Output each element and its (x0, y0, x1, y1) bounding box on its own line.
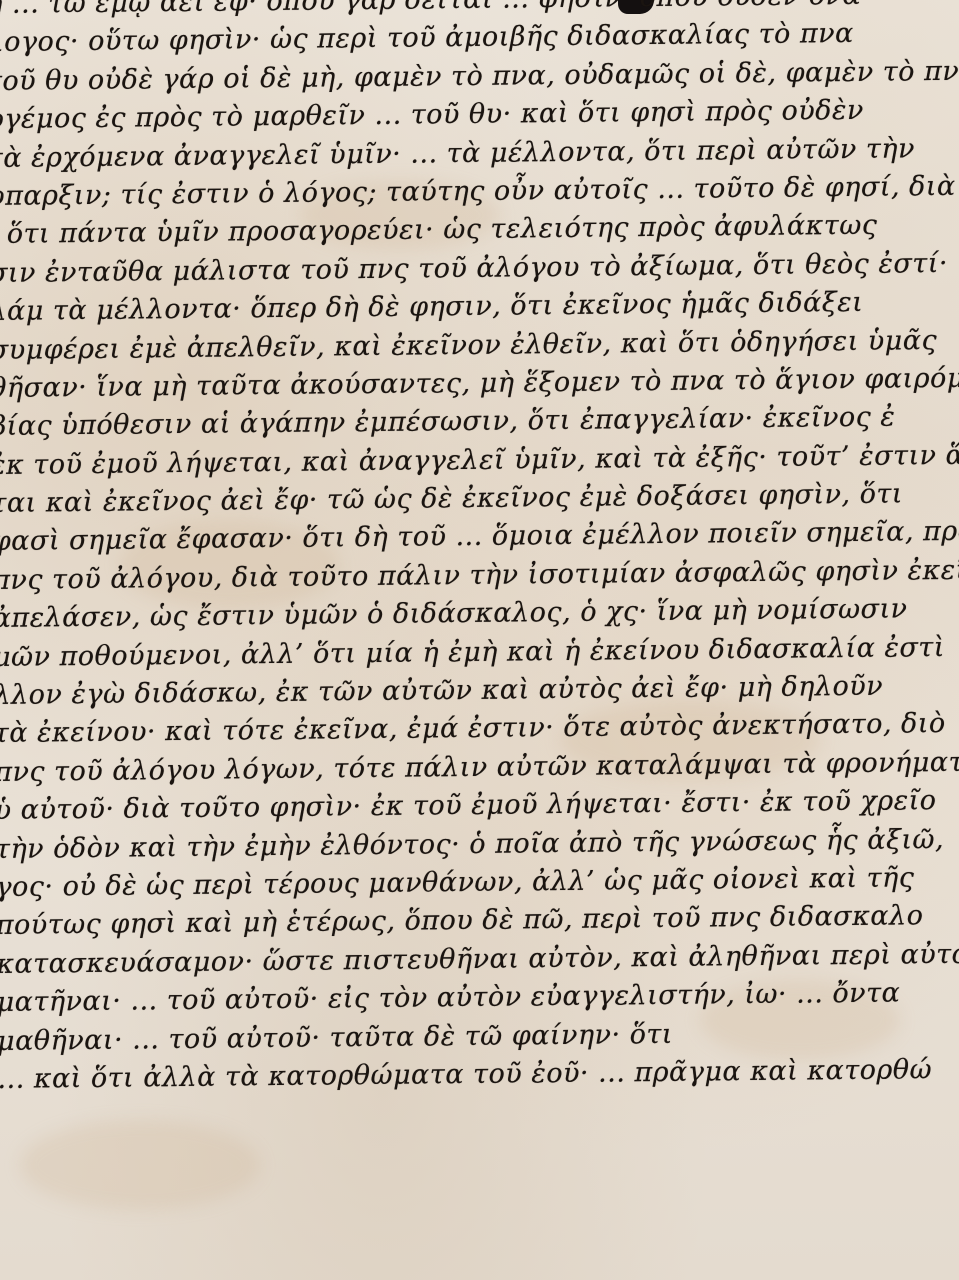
manuscript-text-block: ἢ ... τῶ ἐμῷ ἀεὶ ἔφ· ὅπου γὰρ δεῖται ...… (0, 0, 959, 1099)
parchment-page: ἢ ... τῶ ἐμῷ ἀεὶ ἔφ· ὅπου γὰρ δεῖται ...… (0, 0, 959, 1280)
parchment-stain (20, 1120, 260, 1210)
